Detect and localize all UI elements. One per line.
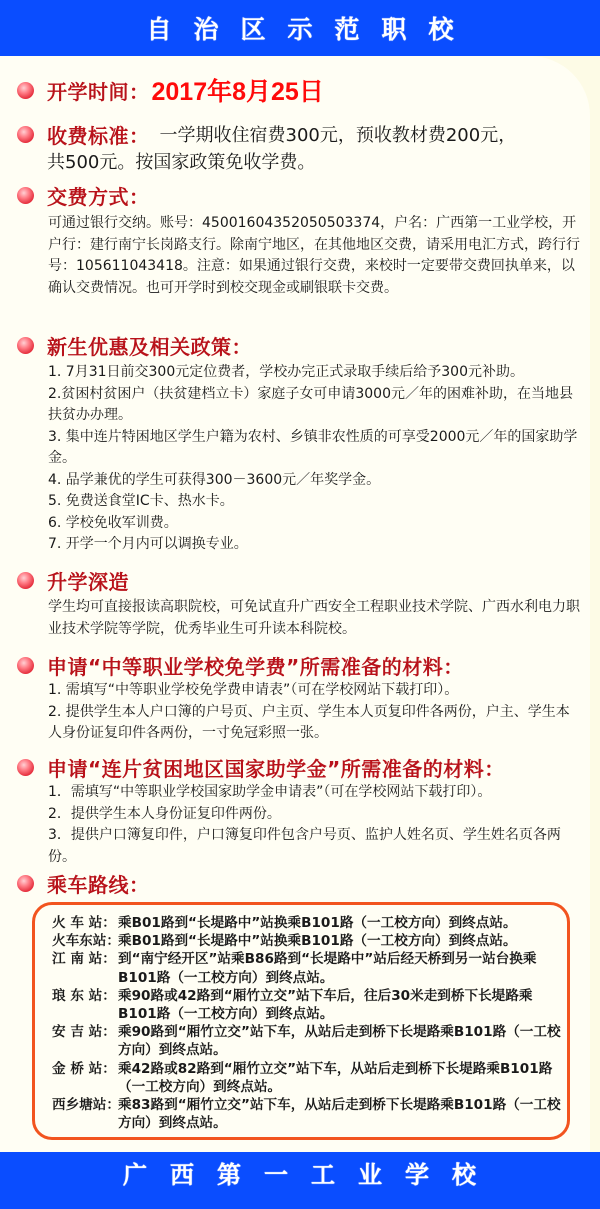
further-study-label: 升学深造 [47, 566, 129, 595]
tuition-waiver-label: 申请“中等职业学校免学费”所需准备的材料： [47, 651, 464, 680]
bullet-icon [17, 572, 34, 589]
fees-line2: 共500元。按国家政策免收学费。 [47, 149, 600, 177]
route-desc: 乘90路或42路到“厢竹立交”站下车后，往后30米走到桥下长堤路乘B101路（一… [118, 987, 567, 1023]
section-grant: 申请“连片贫困地区国家助学金”所需准备的材料： 1．需填写“中等职业学校国家助学… [0, 752, 600, 868]
route-station: 火车东站： [52, 932, 118, 950]
benefit-item: 5. 免费送食堂IC卡、热水卡。 [48, 491, 583, 513]
route-station: 火 车 站： [52, 914, 118, 932]
footer-title: 广西第一工业学校 [0, 1155, 600, 1190]
further-study-text: 学生均可直接报读高职院校，可免试直升广西安全工程职业技术学院、广西水利电力职业技… [48, 597, 583, 640]
header-title: 自治区示范职校 [124, 10, 475, 46]
benefit-item: 3. 集中连片特困地区学生户籍为农村、乡镇非农性质的可享受2000元／年的国家助… [48, 427, 583, 470]
route-row: 火 车 站： 乘B01路到“长堤路中”站换乘B101路（一工校方向）到终点站。 [52, 914, 567, 932]
section-payment: 交费方式： 可通过银行交纳。账号：45001604352050503374，户名… [0, 180, 600, 299]
top-banner: 自治区示范职校 [0, 0, 600, 56]
grant-label: 申请“连片贫困地区国家助学金”所需准备的材料： [47, 753, 505, 782]
route-desc: 到“南宁经开区”站乘B86路到“长堤路中”站后经天桥到另一站台换乘B101路（一… [118, 950, 567, 986]
payment-text: 可通过银行交纳。账号：45001604352050503374，户名：广西第一工… [48, 213, 583, 299]
route-station: 琅 东 站： [52, 987, 118, 1023]
bullet-icon [17, 126, 34, 143]
bullet-icon [17, 82, 34, 99]
benefit-item: 4. 品学兼优的学生可获得300－3600元／年奖学金。 [48, 470, 583, 492]
route-desc: 乘83路到“厢竹立交”站下车，从站后走到桥下长堤路乘B101路（一工校方向）到终… [118, 1096, 567, 1132]
route-row: 西乡塘站： 乘83路到“厢竹立交”站下车，从站后走到桥下长堤路乘B101路（一工… [52, 1096, 567, 1132]
start-date-label: 开学时间： [47, 76, 150, 105]
benefit-item: 7. 开学一个月内可以调换专业。 [48, 534, 583, 556]
route-row: 安 吉 站： 乘90路到“厢竹立交”站下车，从站后走到桥下长堤路乘B101路（一… [52, 1023, 567, 1059]
routes-label: 乘车路线： [47, 869, 150, 898]
route-station: 西乡塘站： [52, 1096, 118, 1132]
section-fees: 收费标准： 一学期收住宿费300元，预收教材费200元， 共500元。按国家政策… [0, 119, 600, 177]
bullet-icon [17, 875, 34, 892]
bullet-icon [17, 337, 34, 354]
payment-label: 交费方式： [47, 181, 150, 210]
start-date-value: 2017年8月25日 [152, 72, 324, 108]
grant-item: 1．需填写“中等职业学校国家助学金申请表”（可在学校网站下载打印）。 [48, 782, 583, 804]
route-desc: 乘42路或82路到“厢竹立交”站下车，从站后走到桥下长堤路乘B101路（一工校方… [118, 1060, 567, 1096]
bullet-icon [17, 187, 34, 204]
route-desc: 乘90路到“厢竹立交”站下车，从站后走到桥下长堤路乘B101路（一工校方向）到终… [118, 1023, 567, 1059]
bullet-icon [17, 759, 34, 776]
bullet-icon [17, 657, 34, 674]
grant-item: 2．提供学生本人身份证复印件两份。 [48, 804, 583, 826]
section-start-date: 开学时间： 2017年8月25日 [0, 75, 600, 105]
section-further-study: 升学深造 学生均可直接报读高职院校，可免试直升广西安全工程职业技术学院、广西水利… [0, 565, 600, 640]
fees-line1: 一学期收住宿费300元，预收教材费200元， [160, 121, 517, 147]
route-station: 金 桥 站： [52, 1060, 118, 1096]
route-desc: 乘B01路到“长堤路中”站换乘B101路（一工校方向）到终点站。 [118, 932, 567, 950]
route-row: 江 南 站： 到“南宁经开区”站乘B86路到“长堤路中”站后经天桥到另一站台换乘… [52, 950, 567, 986]
route-station: 江 南 站： [52, 950, 118, 986]
benefit-item: 6. 学校免收军训费。 [48, 513, 583, 535]
benefit-item: 2.贫困村贫困户（扶贫建档立卡）家庭子女可申请3000元／年的困难补助，在当地县… [48, 384, 583, 427]
section-benefits: 新生优惠及相关政策： 1. 7月31日前交300元定位费者，学校办完正式录取手续… [0, 330, 600, 556]
grant-item: 3．提供户口簿复印件，户口簿复印件包含户号页、监护人姓名页、学生姓名页各两份。 [48, 825, 583, 868]
tuition-waiver-item: 2. 提供学生本人户口簿的户号页、户主页、学生本人页复印件各两份，户主、学生本人… [48, 702, 583, 745]
route-desc: 乘B01路到“长堤路中”站换乘B101路（一工校方向）到终点站。 [118, 914, 567, 932]
route-row: 金 桥 站： 乘42路或82路到“厢竹立交”站下车，从站后走到桥下长堤路乘B10… [52, 1060, 567, 1096]
route-station: 安 吉 站： [52, 1023, 118, 1059]
tuition-waiver-item: 1. 需填写“中等职业学校免学费申请表”（可在学校网站下载打印）。 [48, 680, 583, 702]
route-row: 琅 东 站： 乘90路或42路到“厢竹立交”站下车后，往后30米走到桥下长堤路乘… [52, 987, 567, 1023]
section-tuition-waiver: 申请“中等职业学校免学费”所需准备的材料： 1. 需填写“中等职业学校免学费申请… [0, 650, 600, 745]
benefits-label: 新生优惠及相关政策： [47, 331, 252, 360]
routes-box: 火 车 站： 乘B01路到“长堤路中”站换乘B101路（一工校方向）到终点站。 … [32, 902, 570, 1140]
benefit-item: 1. 7月31日前交300元定位费者，学校办完正式录取手续后给予300元补助。 [48, 362, 583, 384]
fees-label: 收费标准： [47, 120, 150, 149]
section-routes: 乘车路线： [0, 868, 600, 898]
route-row: 火车东站： 乘B01路到“长堤路中”站换乘B101路（一工校方向）到终点站。 [52, 932, 567, 950]
bottom-banner: 广西第一工业学校 [0, 1152, 600, 1209]
